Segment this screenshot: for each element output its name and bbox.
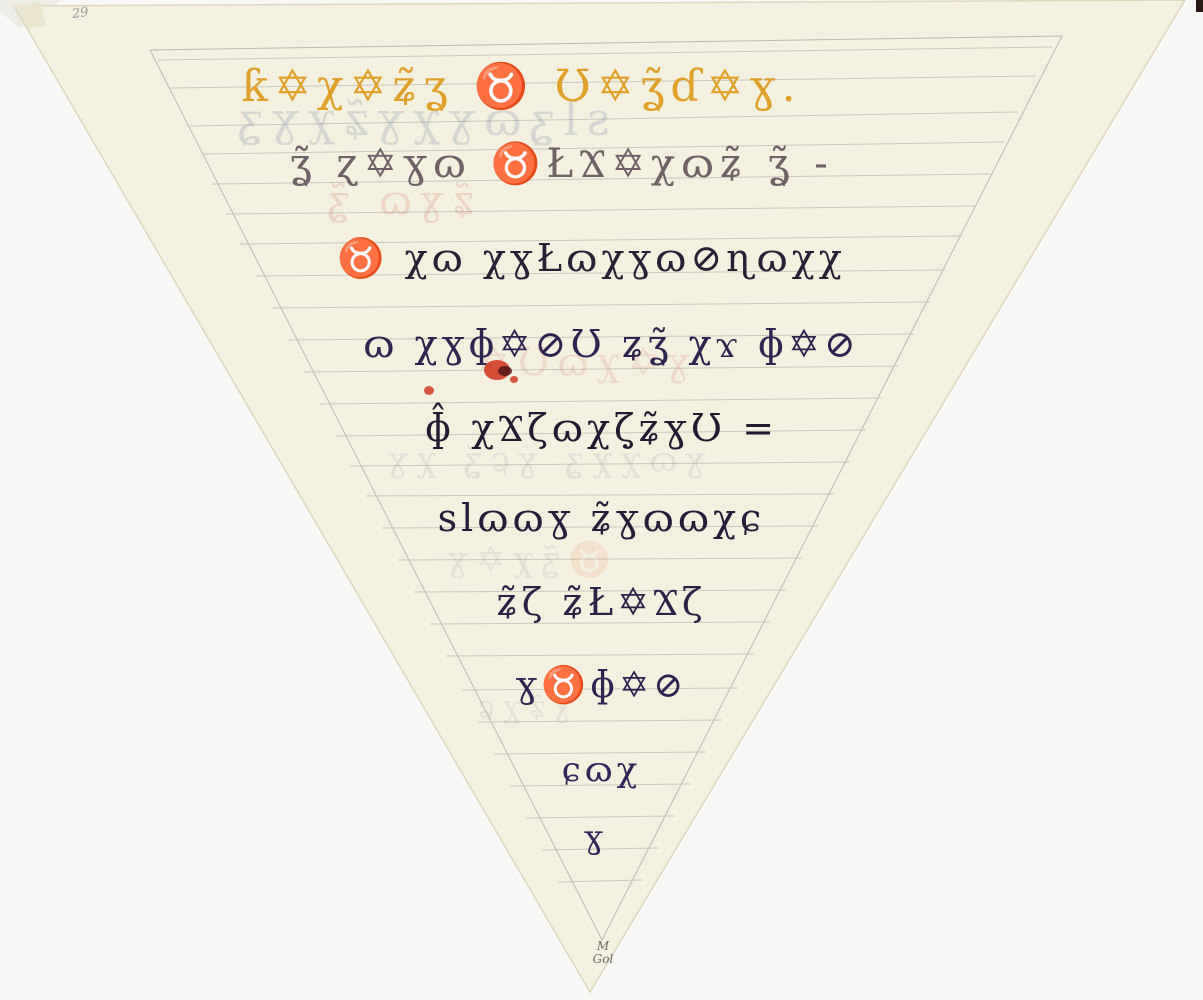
cipher-title-line: ƙ✡χ✡ʑ̃ʓ ♉ Ʊ✡ʓ̃ɗ✡ɣ. [0,60,1123,112]
cipher-line-5: ɸ̂ χϪζɷχζ̣ʑ̃ɣƱ = [0,406,1203,451]
annotation-line-2: Gol [588,953,618,966]
red-ink-stain [510,376,518,383]
show-through-text: ♉ʓ̃χ✡ɣ [440,540,611,580]
cipher-line-3: ♉ χɷ χɣŁɷχɣɷ⊘ɳɷχχ [0,236,1193,281]
cipher-line-6: slɷɷɣ ʑ̃ɣɷɷχɕ [0,496,1203,540]
manuscript-page: 29 slʓɷɣχɣʑ̃χɣʓ ʑ̃ɣɷ ʓ̃ ɣ✡χɷƱ✡ ɣɷχχʓ ɣɕʓ… [0,0,1203,1000]
cipher-line-7: ʑ̃ζ ʑ̃Ł✡Ϫζ [0,580,1203,625]
folio-number: 29 [71,5,89,22]
cipher-line-10: ɣ [0,818,1197,856]
red-ink-stain [498,366,512,376]
cipher-line-8: ɣ♉ɸ✡⊘ [0,664,1203,706]
bottom-annotation: M Gol [588,940,618,966]
cipher-line-4: ɷ χɣɸ✡⊘Ʊ ʑʓ̃ χϫ ɸ✡⊘ [10,322,1203,367]
cipher-line-2: ʓ̃ ɀ✡ɣɷ ♉ŁϪ✡χɷʑ̃ ʓ̃ - [0,140,1163,187]
red-ink-stain [424,386,434,395]
cipher-line-9: ɕɷχ [0,750,1203,790]
